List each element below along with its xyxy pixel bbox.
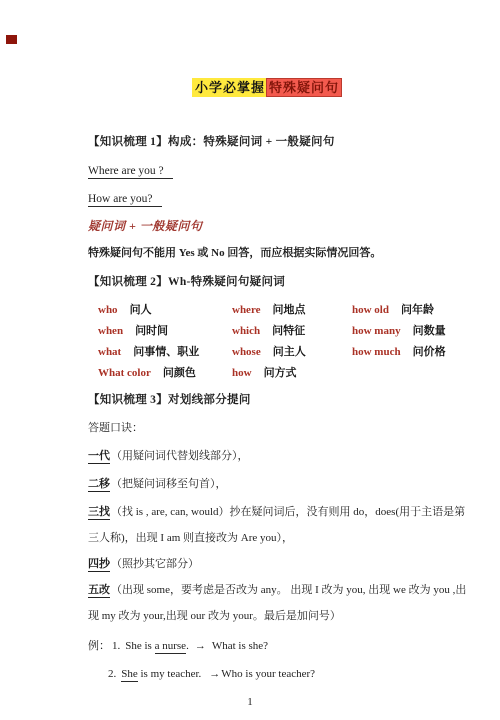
underlined-part: She: [121, 668, 138, 682]
qword-row: who问人: [98, 300, 199, 321]
section2-heading: 【知识梳理 2】Wh-特殊疑问句疑问词: [88, 275, 285, 290]
qword-row: how many问数量: [352, 321, 446, 342]
qword-row: when问时间: [98, 321, 199, 342]
underlined-part: a nurse: [155, 640, 186, 654]
qword-row: what问事情、职业: [98, 342, 199, 363]
qword-cn: 问人: [130, 304, 152, 316]
example-number: 2.: [108, 668, 116, 680]
rule-line-1: 一代（用疑问词代替划线部分），: [88, 449, 249, 464]
rule-lead: 一代: [88, 450, 110, 464]
qword-cn: 问事情、职业: [133, 346, 199, 358]
qword-cn: 问价格: [413, 346, 446, 358]
qword-en: how: [232, 367, 252, 379]
corner-mark: [6, 35, 17, 44]
qword-cn: 问地点: [273, 304, 306, 316]
rule-lead: 五改: [88, 584, 110, 598]
example-sentence-2: How are you?: [88, 192, 162, 207]
qword-en: how many: [352, 325, 401, 337]
qword-cn: 问时间: [135, 325, 168, 337]
qword-en: how much: [352, 346, 401, 358]
rule-text: （出现 some，要考虑是否改为 any。 出现 I 改为 you, 出现 we…: [111, 584, 466, 596]
example-result: Who is your teacher?: [221, 668, 315, 680]
rule-lead: 四抄: [88, 558, 110, 572]
rule-line-4: 四抄（照抄其它部分）: [88, 557, 199, 572]
qword-column-1: who问人 when问时间 what问事情、职业 What color问颜色: [98, 300, 199, 384]
rule-line-3-continuation: 三人称)，出现 I am 则直接改为 Are you），: [88, 531, 293, 546]
example-conversion-1: 例：1.She is a nurse.→What is she?: [88, 639, 268, 654]
qword-en: how old: [352, 304, 389, 316]
example-pre: She is: [125, 640, 154, 652]
rule-text: （照抄其它部分）: [111, 558, 199, 570]
qword-row: What color问颜色: [98, 363, 199, 384]
example-result: What is she?: [212, 640, 268, 652]
rule-line-3: 三找（找 is , are, can, would）抄在疑问词后，没有则用 do…: [88, 505, 465, 520]
qword-row: where问地点: [232, 300, 306, 321]
qword-row: how old问年龄: [352, 300, 446, 321]
qword-column-3: how old问年龄 how many问数量 how much问价格: [352, 300, 446, 363]
underlined-sentence: How are you?: [88, 193, 162, 207]
underlined-sentence: Where are you ?: [88, 165, 173, 179]
example-number: 1.: [112, 640, 120, 652]
qword-cn: 问方式: [264, 367, 297, 379]
qword-cn: 问年龄: [401, 304, 434, 316]
qword-en: when: [98, 325, 123, 337]
qword-en: whose: [232, 346, 261, 358]
rule-text: （用疑问词代替划线部分），: [111, 450, 249, 462]
qword-cn: 问颜色: [163, 367, 196, 379]
section1-heading: 【知识梳理 1】构成：特殊疑问词 + 一般疑问句: [88, 135, 335, 150]
title-highlight-red: 特殊疑问句: [266, 78, 342, 97]
qword-en: which: [232, 325, 260, 337]
page-number: 1: [0, 696, 500, 708]
title-highlight-yellow: 小学必掌握: [192, 78, 266, 97]
qword-en: what: [98, 346, 121, 358]
arrow-icon: →: [195, 640, 206, 652]
note-line: 特殊疑问句不能用 Yes 或 No 回答，而应根据实际情况回答。: [88, 246, 381, 261]
example-conversion-2: 2.She is my teacher.→Who is your teacher…: [108, 667, 315, 682]
qword-row: which问特征: [232, 321, 306, 342]
rule-line-5-continuation: 现 my 改为 your,出现 our 改为 your。最后是加问号）: [88, 609, 341, 624]
examples-label: 例：: [88, 640, 110, 652]
rule-text: （找 is , are, can, would）抄在疑问词后，没有则用 do，d…: [111, 506, 465, 518]
doc-title: 小学必掌握特殊疑问句: [0, 77, 500, 96]
qword-row: how问方式: [232, 363, 306, 384]
example-post: .: [186, 640, 189, 652]
qword-column-2: where问地点 which问特征 whose问主人 how问方式: [232, 300, 306, 384]
qword-en: who: [98, 304, 118, 316]
formula-line: 疑问词 + 一般疑问句: [88, 219, 202, 234]
example-sentence-1: Where are you ?: [88, 164, 173, 179]
qword-cn: 问主人: [273, 346, 306, 358]
section3-heading: 【知识梳理 3】对划线部分提问: [88, 393, 251, 408]
rule-text: （把疑问词移至句首），: [111, 478, 227, 490]
qword-en: where: [232, 304, 261, 316]
rule-lead: 三找: [88, 506, 110, 520]
document-page: 小学必掌握特殊疑问句 【知识梳理 1】构成：特殊疑问词 + 一般疑问句 Wher…: [0, 0, 500, 720]
qword-row: how much问价格: [352, 342, 446, 363]
rule-line-2: 二移（把疑问词移至句首），: [88, 477, 227, 492]
answer-tips-label: 答题口诀：: [88, 421, 143, 436]
example-post: is my teacher.: [138, 668, 202, 680]
rule-line-5: 五改（出现 some，要考虑是否改为 any。 出现 I 改为 you, 出现 …: [88, 583, 466, 598]
rule-lead: 二移: [88, 478, 110, 492]
qword-cn: 问特征: [272, 325, 305, 337]
qword-row: whose问主人: [232, 342, 306, 363]
qword-en: What color: [98, 367, 151, 379]
qword-cn: 问数量: [413, 325, 446, 337]
arrow-icon: →: [209, 668, 220, 680]
